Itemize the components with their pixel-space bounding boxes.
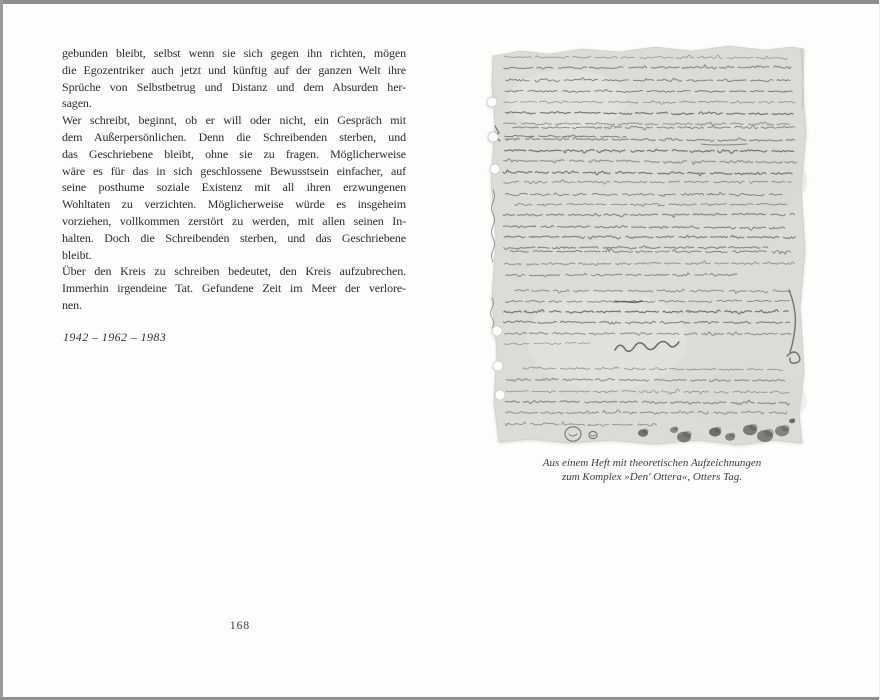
text-line: Immerhin irgendeine Tat. Gefundene Zeit …	[62, 280, 406, 297]
text-line: seine posthume soziale Existenz mit all …	[62, 179, 406, 196]
text-line: Sprüche von Selbstbetrug und Distanz und…	[62, 79, 406, 96]
text-line: vorziehen, vollkommen zerstört zu werden…	[62, 213, 406, 230]
page-number: 168	[200, 620, 280, 632]
manuscript-figure	[487, 40, 814, 454]
text-line: wäre es für das in sich geschlossene Bew…	[62, 163, 406, 180]
text-line: die Egozentriker auch jetzt und künftig …	[62, 62, 406, 79]
dates-line: 1942 – 1962 – 1983	[63, 330, 166, 345]
body-text-lines: gebunden bleibt, selbst wenn sie sich ge…	[62, 45, 406, 314]
text-line: Wer schreibt, beginnt, ob er will oder n…	[62, 112, 406, 129]
figure-caption-line-1: Aus einem Heft mit theoretischen Aufzeic…	[492, 457, 812, 471]
manuscript-svg	[487, 40, 814, 454]
text-line: gebunden bleibt, selbst wenn sie sich ge…	[62, 45, 406, 62]
text-line: Wohltaten zu verzichten. Möglicherweise …	[62, 196, 406, 213]
figure-caption: Aus einem Heft mit theoretischen Aufzeic…	[492, 457, 812, 484]
text-line: halten. Doch die Schreibenden sterben, u…	[62, 230, 406, 247]
text-line: das Geschriebene bleibt, ohne sie zu fra…	[62, 146, 406, 163]
text-line: sagen.	[62, 95, 406, 112]
scan-border-left	[0, 0, 3, 700]
text-line: bleibt.	[62, 247, 406, 264]
figure-caption-line-2: zum Komplex »Den' Ottera«, Otters Tag.	[492, 471, 812, 485]
text-line: dem Außerpersönlichen. Denn die Schreibe…	[62, 129, 406, 146]
text-line: nen.	[62, 297, 406, 314]
text-line: Über den Kreis zu schreiben bedeutet, de…	[62, 263, 406, 280]
scan-border-top	[0, 0, 880, 4]
